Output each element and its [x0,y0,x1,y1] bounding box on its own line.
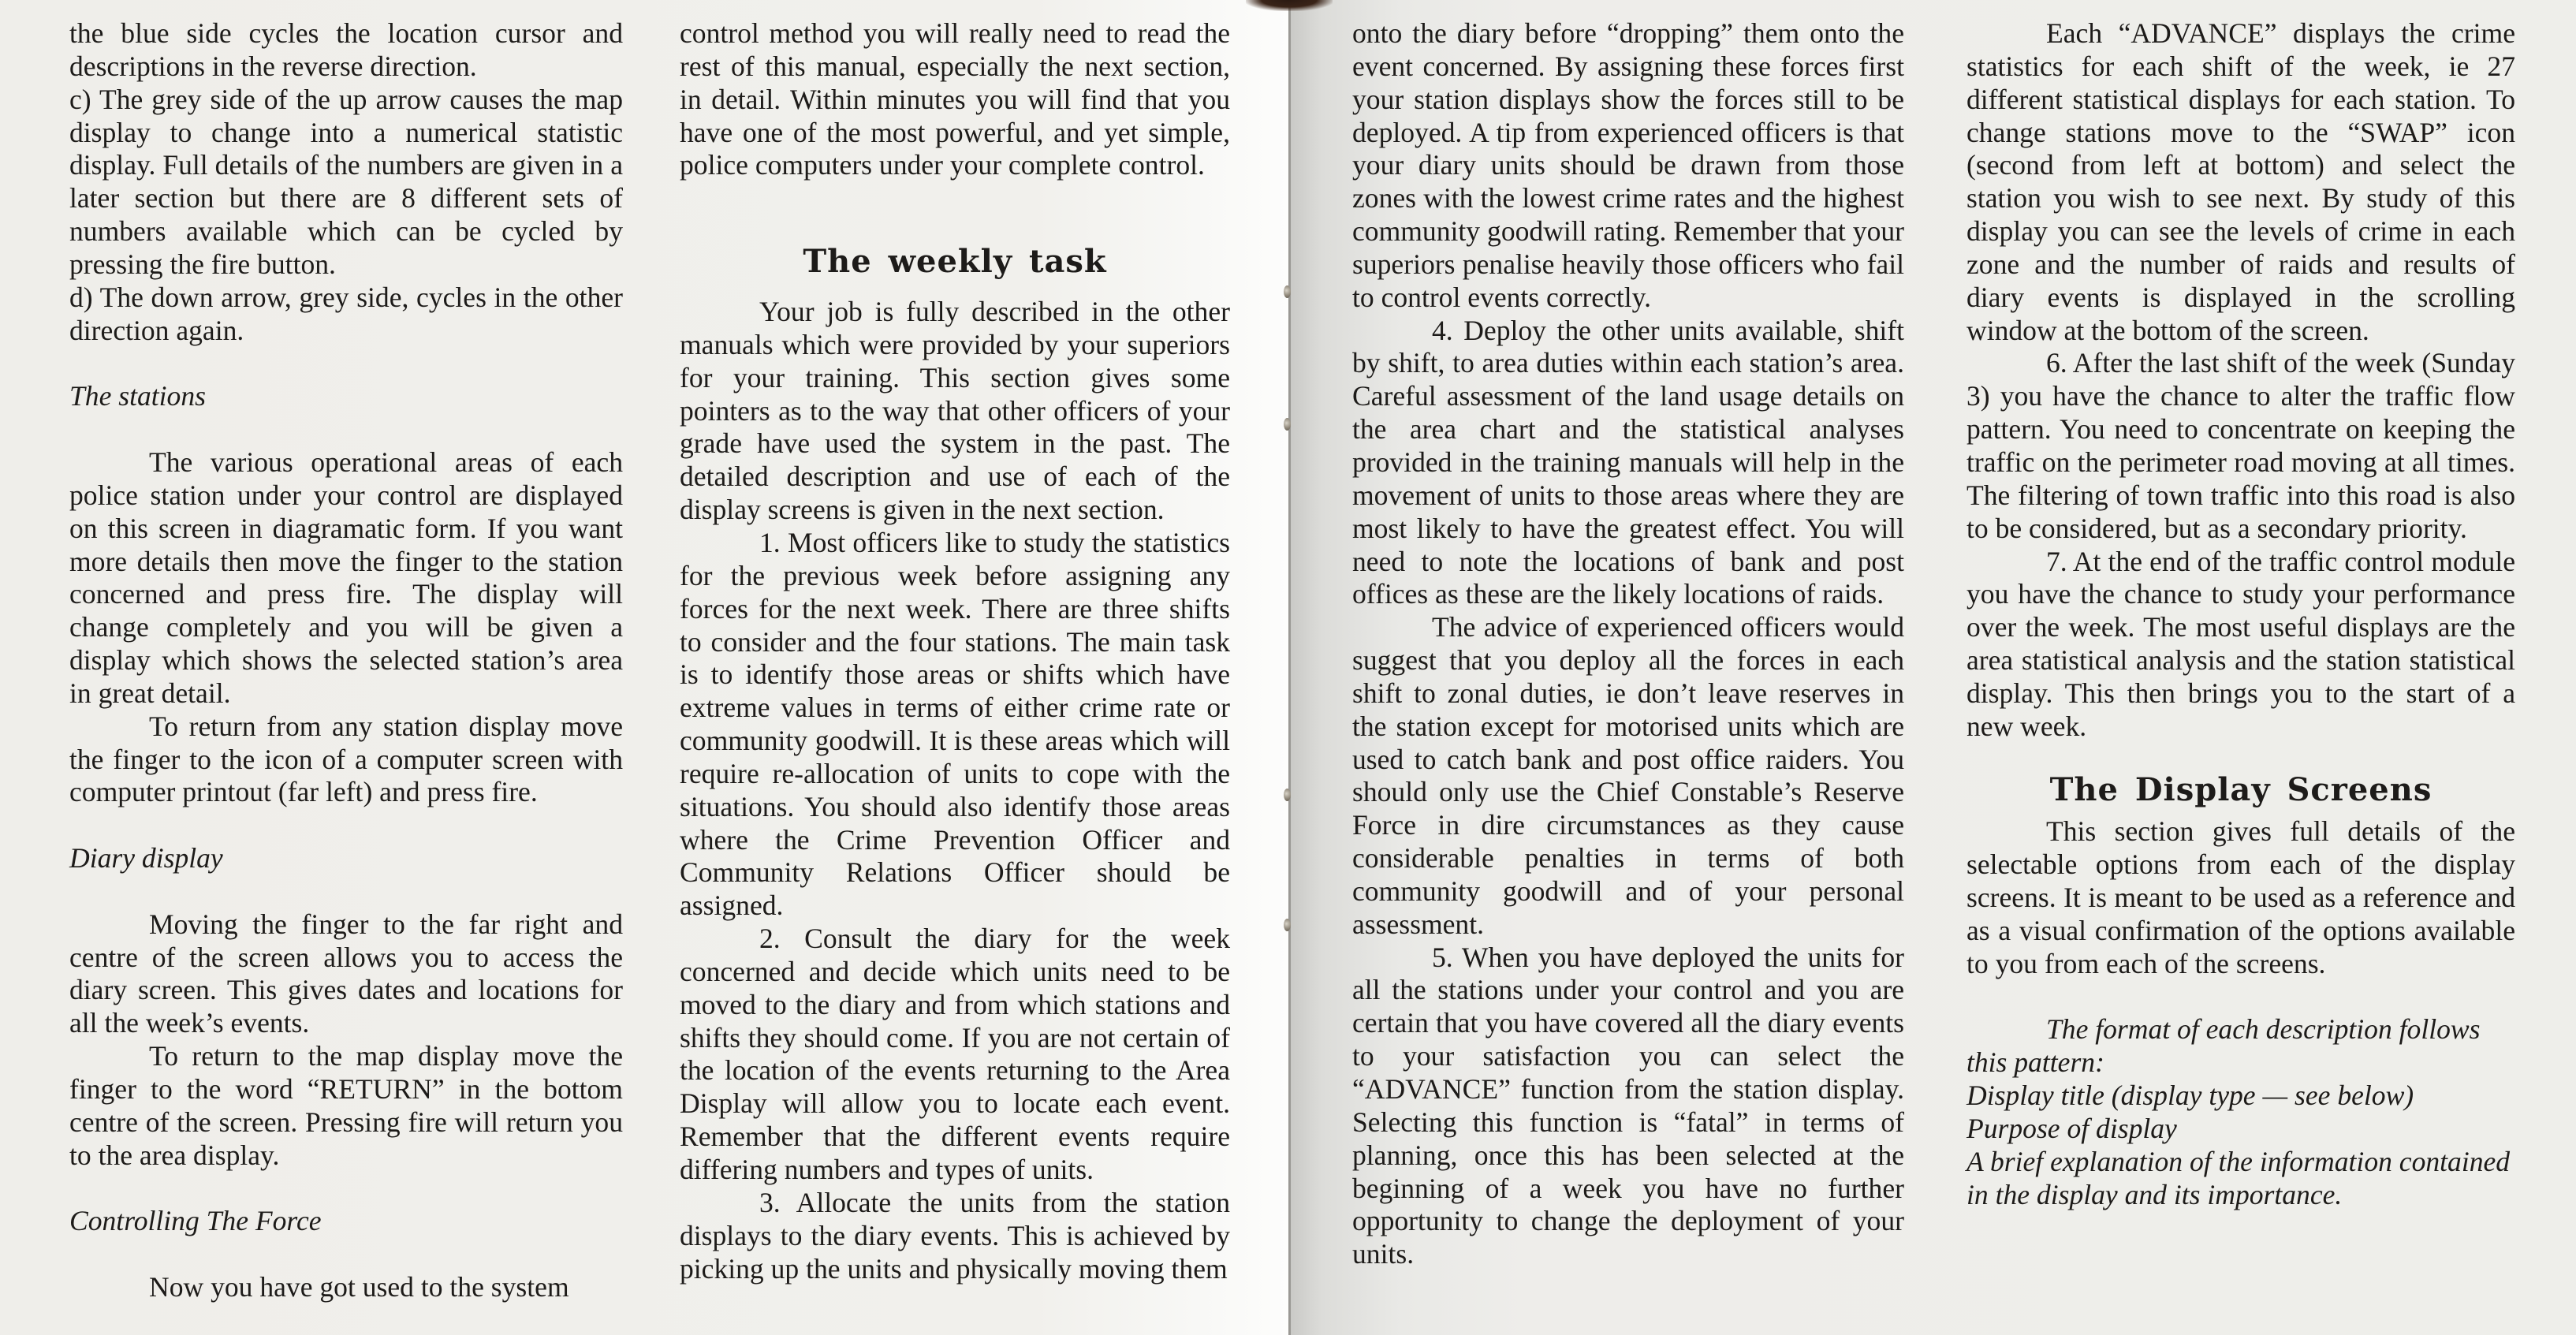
paragraph: This section gives full details of the s… [1966,815,2515,980]
column-1: the blue side cycles the location cursor… [69,17,623,1304]
section-heading-display-screens: The Display Screens [1966,774,2515,807]
numbered-item-7: 7. At the end of the traffic control mod… [1966,546,2515,744]
format-intro: The format of each description follows t… [1966,1013,2515,1080]
numbered-item-4: 4. Deploy the other units available, shi… [1352,315,1904,612]
format-line-explanation: A brief explanation of the information c… [1966,1146,2515,1212]
paragraph: Moving the finger to the far right and c… [69,908,623,1040]
paragraph: the blue side cycles the location cursor… [69,17,623,84]
column-3: onto the diary before “dropping” them on… [1352,17,1904,1271]
subheading-controlling-the-force: Controlling The Force [69,1205,623,1238]
format-line-purpose: Purpose of display [1966,1113,2515,1146]
subheading-stations: The stations [69,380,623,413]
staple-icon [1284,789,1291,801]
paragraph: Now you have got used to the system [69,1271,623,1304]
format-line-display-title: Display title (display type — see below) [1966,1080,2515,1113]
book-spine [1288,0,1291,1335]
paragraph: The advice of experienced officers would… [1352,611,1904,941]
paragraph: To return from any station display move … [69,710,623,810]
numbered-item-1: 1. Most officers like to study the stati… [680,527,1230,923]
paragraph: onto the diary before “dropping” them on… [1352,17,1904,315]
numbered-item-2: 2. Consult the diary for the week concer… [680,923,1230,1187]
paragraph-item-d: d) The down arrow, grey side, cycles in … [69,282,623,348]
subheading-diary-display: Diary display [69,842,623,875]
paragraph-item-c: c) The grey side of the up arrow causes … [69,84,623,282]
staple-icon [1284,919,1291,931]
numbered-item-3: 3. Allocate the units from the station d… [680,1187,1230,1286]
paragraph: The various operational areas of each po… [69,446,623,710]
numbered-item-6: 6. After the last shift of the week (Sun… [1966,347,2515,545]
paragraph: Each “ADVANCE” displays the crime statis… [1966,17,2515,347]
section-heading-weekly-task: The weekly task [680,245,1230,278]
paragraph: Your job is fully described in the other… [680,296,1230,527]
column-4: Each “ADVANCE” displays the crime statis… [1966,17,2515,1212]
column-2: control method you will really need to r… [680,17,1230,1285]
paragraph: To return to the map display move the fi… [69,1040,623,1172]
staple-icon [1284,285,1291,298]
binding-top-shadow [1246,0,1333,11]
numbered-item-5: 5. When you have deployed the units for … [1352,942,1904,1271]
paragraph: control method you will really need to r… [680,17,1230,182]
staple-icon [1284,418,1291,431]
